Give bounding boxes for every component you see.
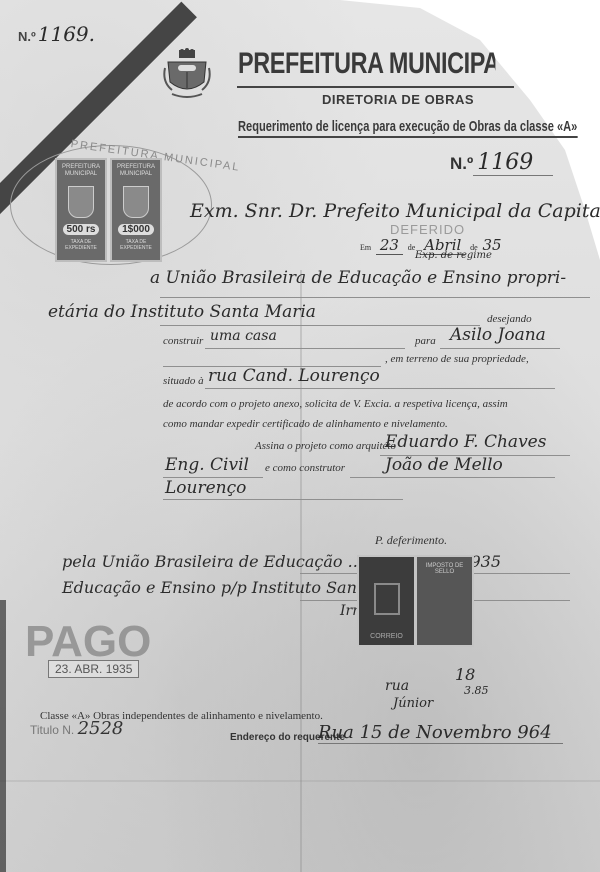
- stamp-frame-icon: [374, 583, 400, 615]
- stamp-header: PREFEITURA MUNICIPAL: [57, 160, 105, 178]
- request-number: N.º1169: [450, 150, 553, 175]
- para-label: para: [415, 335, 436, 347]
- stamp-footer: TAXA DE EXPEDIENTE: [112, 239, 160, 251]
- form-line: [160, 297, 590, 298]
- construir-label: construir: [163, 335, 203, 347]
- arquiteto-value: Eduardo F. Chaves: [385, 432, 546, 452]
- corner-number-label: N.º: [18, 29, 36, 44]
- desejando-label: desejando: [487, 313, 532, 325]
- form-line: [160, 325, 480, 326]
- page-edge-shadow: [0, 600, 6, 872]
- date-day: 23: [376, 236, 403, 255]
- annotation-note: Exp. de regime: [415, 250, 492, 261]
- eng-value: Eng. Civil: [165, 455, 249, 475]
- stamp-arms-icon: [123, 186, 149, 218]
- request-number-label: N.º: [450, 154, 473, 173]
- page-title: PREFEITURA MUNICIPAL DE CU: [238, 47, 495, 87]
- form-line: [350, 477, 555, 478]
- paid-date-stamp: 23. ABR. 1935: [48, 660, 139, 678]
- fold-crease-horizontal: [0, 780, 600, 782]
- corner-number-value: 1169.: [38, 22, 95, 46]
- acordo-text: de acordo com o projeto anexo, solicita …: [163, 398, 508, 410]
- coat-of-arms-icon: [162, 48, 212, 104]
- construtor-label: e como construtor: [265, 462, 345, 474]
- construtor-value: João de Mello: [385, 455, 503, 475]
- stamp-label: IMPOSTO DE SELLO: [417, 563, 472, 575]
- date-prefix: Em: [360, 243, 371, 252]
- para-value: Asilo Joana: [450, 325, 546, 345]
- stamp-header: PREFEITURA MUNICIPAL: [112, 160, 160, 178]
- tax-stamp-1000: PREFEITURA MUNICIPAL 1$000 TAXA DE EXPED…: [110, 158, 162, 262]
- form-line: [440, 348, 560, 349]
- deferido-stamp: DEFERIDO: [390, 222, 465, 237]
- margin-note-year: 3.85: [464, 684, 489, 697]
- stamp-label: CORREIO: [359, 633, 414, 640]
- deferimento-text: P. deferimento.: [375, 533, 447, 548]
- assina-label: Assina o projeto como arquitéto: [255, 440, 396, 452]
- form-line: [163, 499, 403, 500]
- applicant-line-1: a União Brasileira de Educação e Ensino …: [150, 268, 566, 288]
- stamp-value: 500 rs: [63, 224, 99, 235]
- terreno-text: , em terreno de sua propriedade,: [385, 353, 529, 365]
- titulo-value: 2528: [78, 718, 124, 739]
- tax-stamp-500: PREFEITURA MUNICIPAL 500 rs TAXA DE EXPE…: [55, 158, 107, 262]
- applicant-line-2: etária do Instituto Santa Maria: [48, 302, 316, 322]
- situado-label: situado à: [163, 375, 204, 387]
- stamp-value: 1$000: [118, 224, 154, 235]
- situado-value: rua Cand. Lourenço: [208, 366, 380, 386]
- endereco-value: Rua 15 de Novembro 964: [318, 722, 563, 744]
- title-rule: [237, 86, 514, 88]
- mandar-text: como mandar expedir certificado de alinh…: [163, 418, 448, 430]
- corner-number: N.º1169.: [18, 22, 95, 46]
- form-line: [205, 348, 405, 349]
- salutation: Exm. Snr. Dr. Prefeito Municipal da Capi…: [190, 200, 600, 222]
- titulo-number: Titulo N. 2528: [30, 718, 123, 739]
- request-number-value: 1169: [473, 150, 553, 176]
- revenue-stamp-1: CORREIO: [357, 555, 416, 647]
- margin-note-number: 18: [455, 665, 475, 684]
- form-line: [205, 388, 555, 389]
- stamp-footer: TAXA DE EXPEDIENTE: [57, 239, 105, 251]
- titulo-label: Titulo N.: [30, 723, 74, 737]
- department-subtitle: DIRETORIA DE OBRAS: [322, 92, 474, 107]
- margin-note-rua: rua: [385, 678, 409, 694]
- stamp-arms-icon: [68, 186, 94, 218]
- construtor-value-2: Lourenço: [165, 478, 246, 498]
- construir-value: uma casa: [210, 328, 277, 344]
- margin-note-junior: Júnior: [393, 696, 433, 711]
- request-heading: Requerimento de licença para execução de…: [238, 118, 577, 138]
- revenue-stamp-2: IMPOSTO DE SELLO: [415, 555, 474, 647]
